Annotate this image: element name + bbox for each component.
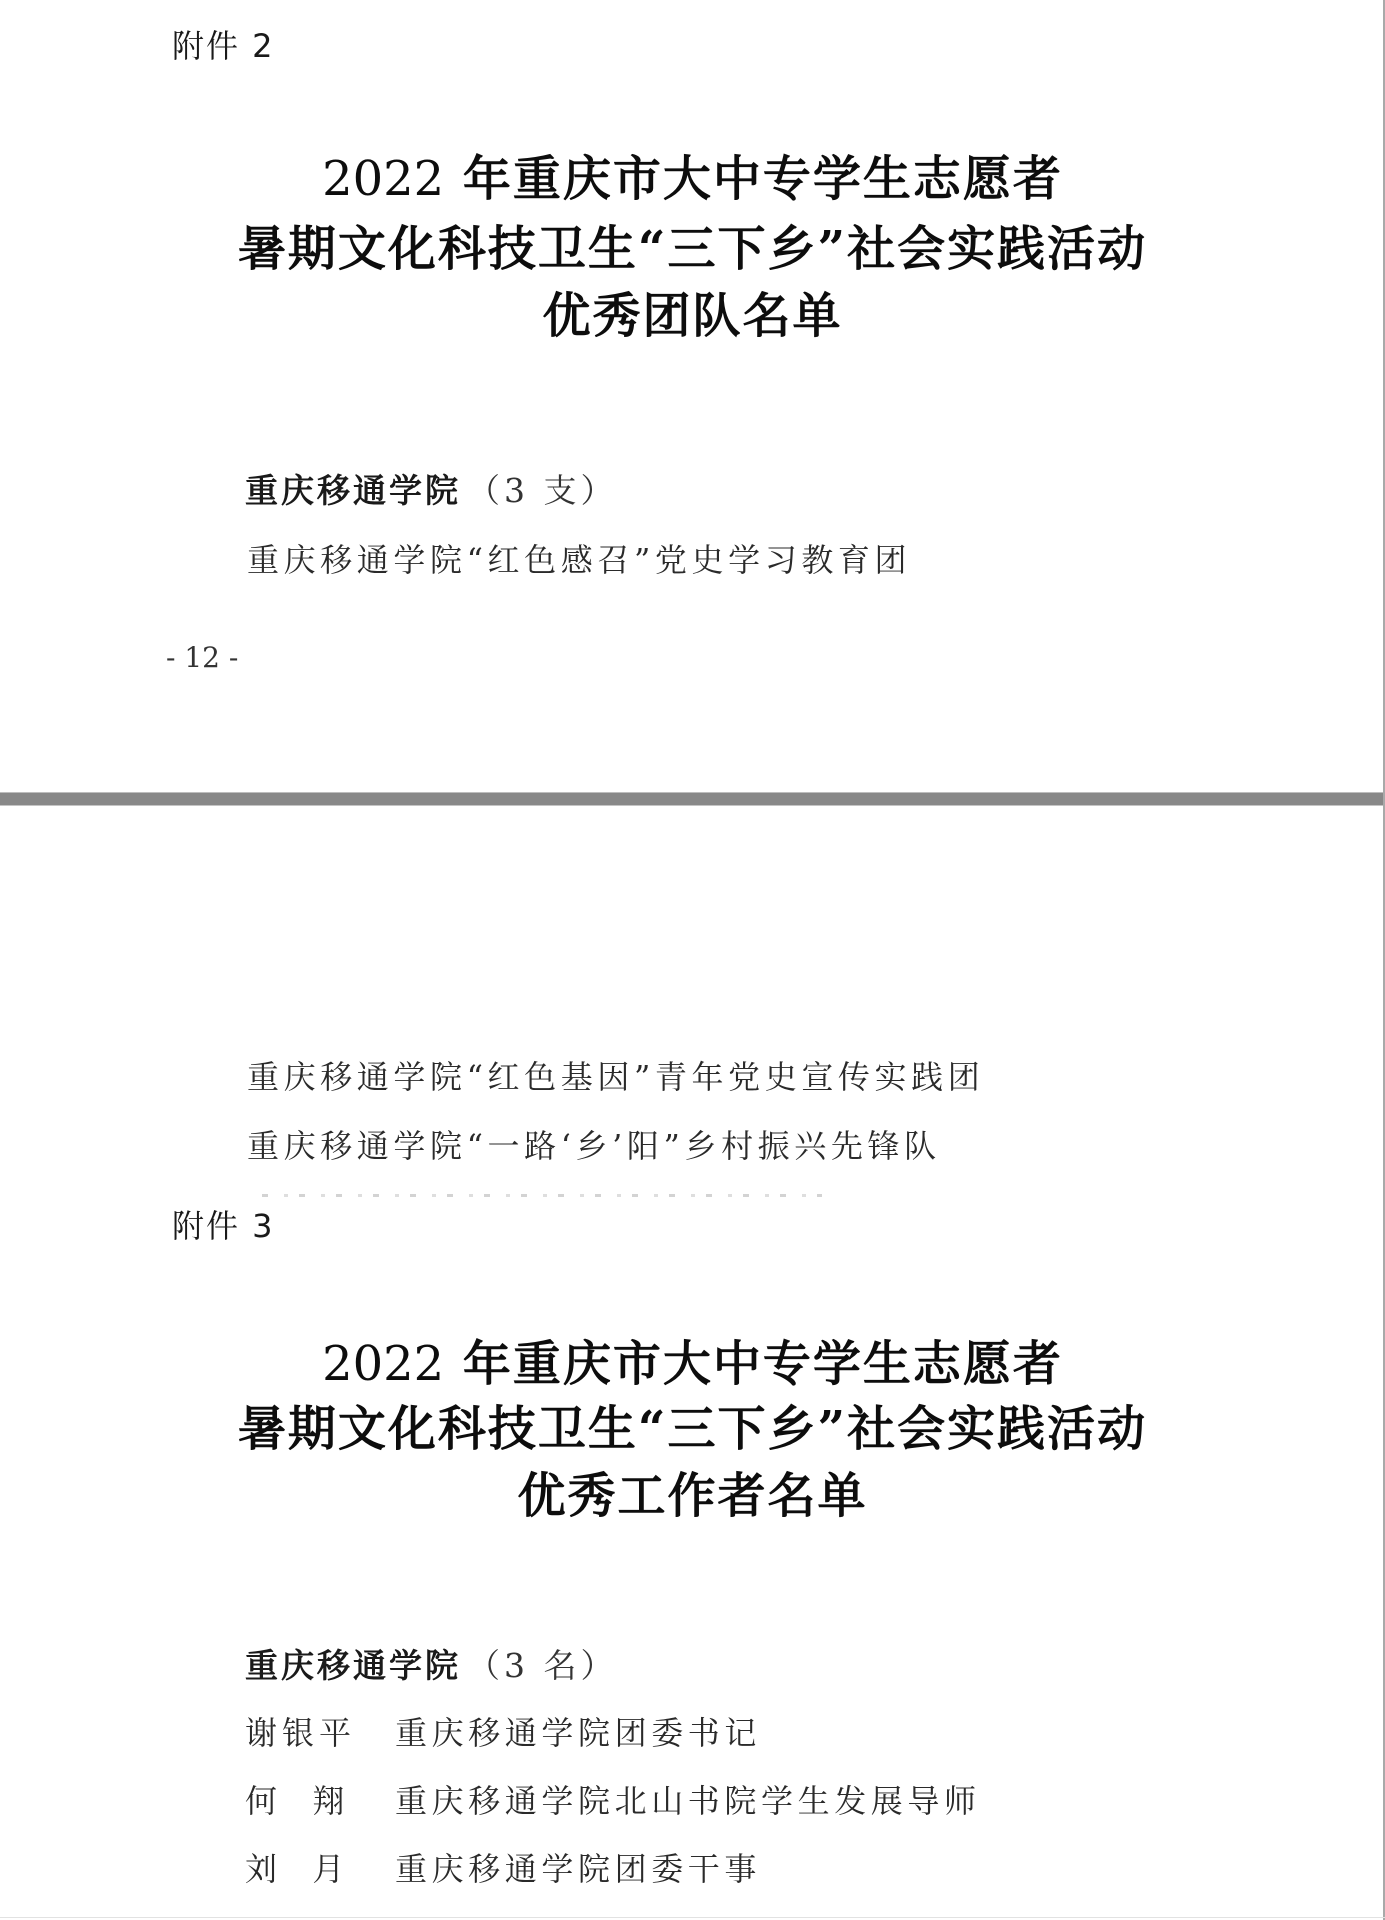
title-line-1-text: 年重庆市大中专学生志愿者 <box>444 151 1063 207</box>
section-heading: 重庆移通学院（3 名） <box>245 1649 618 1682</box>
page-separator <box>0 792 1385 806</box>
section-school-name: 重庆移通学院 <box>245 471 461 510</box>
worker-name: 刘 月 <box>245 1853 349 1885</box>
document-title-line-3: 优秀团队名单 <box>0 292 1385 340</box>
title-year: 2022 <box>322 1336 444 1392</box>
section-count: （3 名） <box>467 1646 618 1685</box>
team-list-item: 重庆移通学院“一路‘乡’阳”乡村振兴先锋队 <box>247 1130 941 1162</box>
clipped-text-line <box>262 1194 822 1197</box>
attachment-label: 附件 2 <box>172 30 275 62</box>
worker-role: 重庆移通学院北山书院学生发展导师 <box>395 1785 981 1817</box>
section-count: （3 支） <box>467 471 618 510</box>
worker-name: 谢银平 <box>245 1717 356 1749</box>
document-title-line-2: 暑期文化科技卫生“三下乡”社会实践活动 <box>0 1405 1385 1453</box>
worker-name: 何 翔 <box>245 1785 349 1817</box>
attachment-label: 附件 3 <box>172 1210 275 1242</box>
document-title-line-3: 优秀工作者名单 <box>0 1472 1385 1520</box>
document-title-line-2: 暑期文化科技卫生“三下乡”社会实践活动 <box>0 225 1385 273</box>
document-title-line-1: 2022 年重庆市大中专学生志愿者 <box>0 1340 1385 1388</box>
document-title-line-1: 2022 年重庆市大中专学生志愿者 <box>0 155 1385 203</box>
team-list-item: 重庆移通学院“红色感召”党史学习教育团 <box>247 544 911 576</box>
section-school-name: 重庆移通学院 <box>245 1646 461 1685</box>
title-year: 2022 <box>322 151 444 207</box>
bottom-edge-line <box>0 1917 1385 1918</box>
worker-role: 重庆移通学院团委干事 <box>395 1853 761 1885</box>
team-list-item: 重庆移通学院“红色基因”青年党史宣传实践团 <box>247 1061 984 1093</box>
page-number: - 12 - <box>166 644 238 672</box>
worker-role: 重庆移通学院团委书记 <box>395 1717 761 1749</box>
section-heading: 重庆移通学院（3 支） <box>245 474 618 507</box>
title-line-1-text: 年重庆市大中专学生志愿者 <box>444 1336 1063 1392</box>
